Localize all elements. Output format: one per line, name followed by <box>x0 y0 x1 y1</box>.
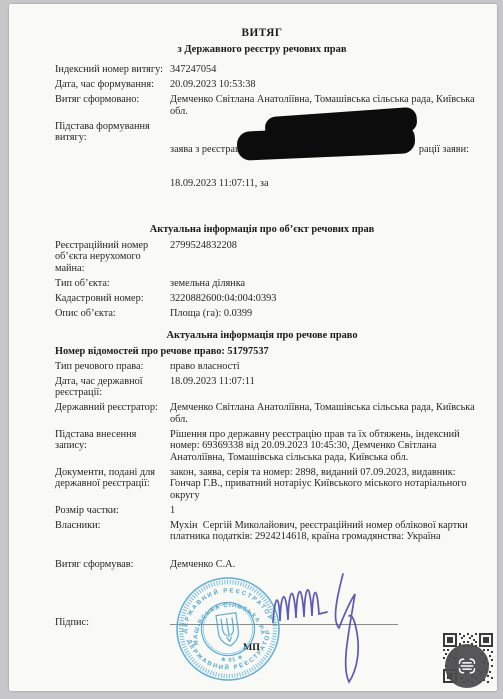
field-value: земельна ділянка <box>170 278 469 290</box>
field-value: 347247054 <box>170 64 469 76</box>
section-heading-right: Актуальна інформація про речове право <box>55 330 469 341</box>
row-index-number: Індексний номер витягу: 347247054 <box>55 64 469 76</box>
row-owners: Власники: Мухін Сергій Миколайович, реєс… <box>55 520 469 543</box>
field-value: 20.09.2023 10:53:38 <box>170 79 469 91</box>
row-right-type: Тип речового права: право власності <box>55 361 469 373</box>
row-object-type: Тип об’єкта: земельна ділянка <box>55 278 469 290</box>
document-title: ВИТЯГ <box>55 27 469 39</box>
field-value: Рішення про державну реєстрацію прав та … <box>170 429 469 464</box>
row-submitted-documents: Документи, подані для державної реєстрац… <box>55 467 469 502</box>
field-label: Опис об’єкта: <box>55 308 170 320</box>
field-label: Розмір частки: <box>55 505 170 517</box>
document-subtitle: з Державного реєстру речових прав <box>55 44 469 55</box>
row-extract-basis: Підстава формування витягу: заява з реєс… <box>55 121 469 213</box>
field-value: 1 <box>170 505 469 517</box>
document-content: ВИТЯГ з Державного реєстру речових прав … <box>9 27 497 692</box>
field-label: Дата, час державної реєстрації: <box>55 376 170 399</box>
row-extract-formed-by: Витяг сформував: Демченко С.А. <box>55 559 469 571</box>
row-cadastral-number: Кадастровий номер: 3220882600:04:004:039… <box>55 293 469 305</box>
field-label: Документи, подані для державної реєстрац… <box>55 467 170 502</box>
field-label: Власники: <box>55 520 170 543</box>
document-page: ВИТЯГ з Державного реєстру речових прав … <box>9 4 497 691</box>
field-value: закон, заява, серія та номер: 2898, вида… <box>170 467 469 502</box>
field-label: Витяг сформував: <box>55 559 170 571</box>
row-formation-datetime: Дата, час формування: 20.09.2023 10:53:3… <box>55 79 469 91</box>
section-heading-object: Актуальна інформація про об’єкт речових … <box>55 224 469 235</box>
scan-frame-icon <box>452 651 482 681</box>
field-label: Підстава формування витягу: <box>55 121 170 213</box>
redacted-value-line2: 18.09.2023 11:07:11, за <box>170 178 269 189</box>
field-label: Тип об’єкта: <box>55 278 170 290</box>
signature-label: Підпис: <box>55 617 89 628</box>
trident-icon <box>216 613 240 647</box>
row-share-size: Розмір частки: 1 <box>55 505 469 517</box>
field-value: 18.09.2023 11:07:11 <box>170 376 469 399</box>
row-state-registration-datetime: Дата, час державної реєстрації: 18.09.20… <box>55 376 469 399</box>
row-state-registrar: Державний реєстратор: Демченко Світлана … <box>55 402 469 425</box>
signature-ink <box>261 570 391 688</box>
signature-area: Підпис: МП <box>55 572 469 692</box>
field-label: Дата, час формування: <box>55 79 170 91</box>
field-value: Площа (га): 0.0399 <box>170 308 469 320</box>
row-object-description: Опис об’єкта: Площа (га): 0.0399 <box>55 308 469 320</box>
field-label: Витяг сформовано: <box>55 94 170 117</box>
field-value: право власності <box>170 361 469 373</box>
field-value: Мухін Сергій Миколайович, реєстраційний … <box>170 520 469 543</box>
field-value: 3220882600:04:004:0393 <box>170 293 469 305</box>
field-value: 2799524832208 <box>170 240 469 275</box>
field-label: Підстава внесення запису: <box>55 429 170 464</box>
qr-code <box>443 633 493 683</box>
field-label: Індексний номер витягу: <box>55 64 170 76</box>
qr-scan-button[interactable] <box>445 644 489 688</box>
field-value: Демченко Світлана Анатоліївна, Томашівсь… <box>170 402 475 425</box>
row-registration-number: Реєстраційний номер об’єкта нерухомого м… <box>55 240 469 275</box>
field-value: Демченко С.А. <box>170 559 469 571</box>
record-number-line: Номер відомостей про речове право: 51797… <box>55 346 469 357</box>
row-record-basis: Підстава внесення запису: Рішення про де… <box>55 429 469 464</box>
field-label: Тип речового права: <box>55 361 170 373</box>
field-label: Державний реєстратор: <box>55 402 170 425</box>
field-label: Реєстраційний номер об’єкта нерухомого м… <box>55 240 170 275</box>
redacted-value-end: рації заяви: <box>419 144 469 156</box>
field-label: Кадастровий номер: <box>55 293 170 305</box>
